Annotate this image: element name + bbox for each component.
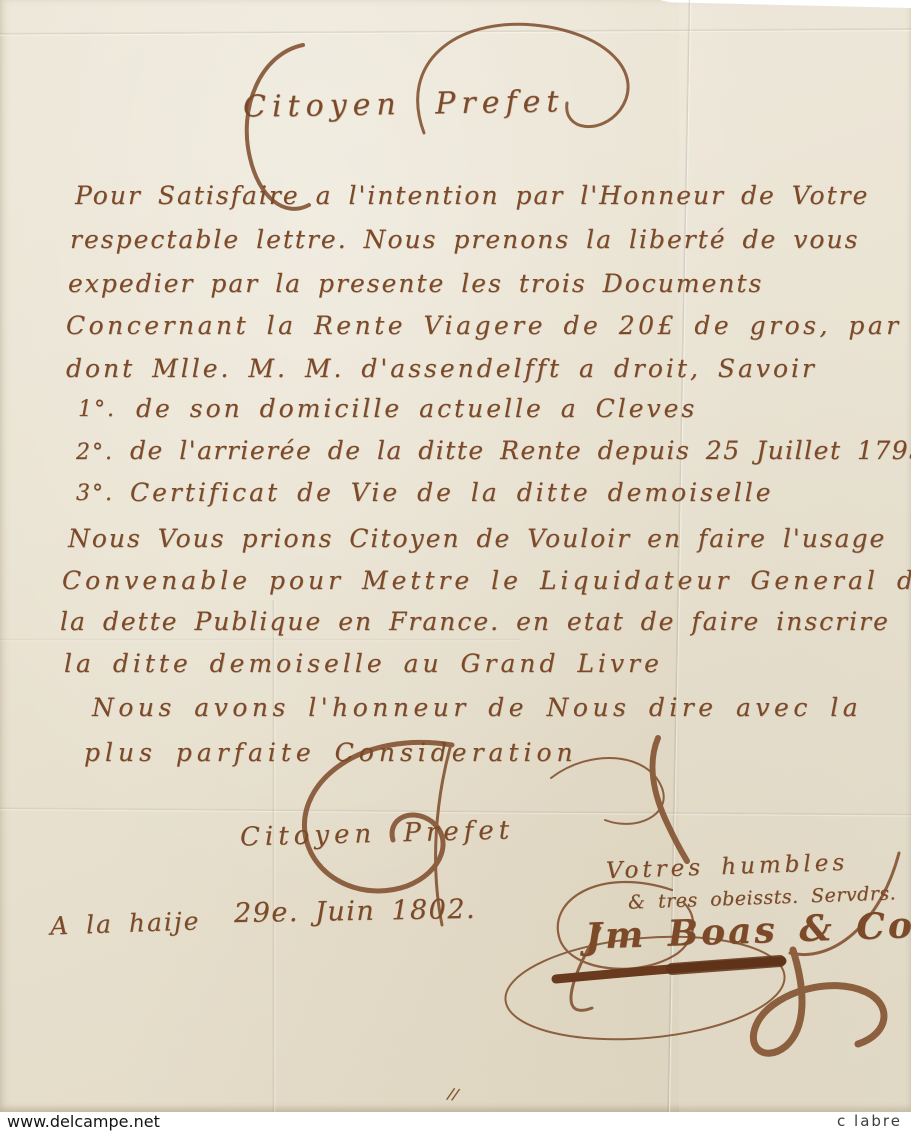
body-line: respectable lettre. Nous prenons la libe… [70, 226, 859, 254]
body-line: Nous Vous prions Citoyen de Vouloir en f… [68, 525, 886, 553]
list-item-number: 2°. [76, 441, 114, 465]
body-line: Convenable pour Mettre le Liquidateur Ge… [62, 567, 911, 595]
body-line: la dette Publique en France. en etat de … [60, 608, 890, 636]
body-line: Concernant la Rente Viagere de 20£ de gr… [66, 312, 911, 340]
list-item-text: de l'arrierée de la ditte Rente depuis 2… [130, 437, 911, 465]
watermark-left: www.delcampe.net [7, 1112, 160, 1131]
list-item-text: de son domicille actuelle a Cleves [136, 395, 697, 423]
list-item-number: 1°. [78, 398, 116, 422]
body-line: dont Mlle. M. M. d'assendelfft a droit, … [66, 355, 817, 383]
place: A la haije [50, 907, 201, 940]
body-line: la ditte demoiselle au Grand Livre [64, 650, 663, 678]
body-line: expedier par la presente les trois Docum… [68, 270, 763, 298]
watermark-right: c labre [837, 1112, 902, 1130]
closing-line: Nous avons l'honneur de Nous dire avec l… [92, 694, 862, 722]
list-item-number: 3°. [76, 482, 114, 506]
list-item-text: Certificat de Vie de la ditte demoiselle [130, 479, 774, 507]
body-line: Pour Satisfaire a l'intention par l'Honn… [75, 182, 869, 210]
closing-line: plus parfaite Consideration [84, 739, 578, 767]
date: 29e. Juin 1802. [234, 895, 477, 929]
scanned-letter-image: Citoyen Prefet Pour Satisfaire a l'inten… [0, 0, 911, 1132]
fold-crease-horizontal-faint [0, 638, 520, 642]
letter-heading: Citoyen Prefet [243, 85, 565, 124]
